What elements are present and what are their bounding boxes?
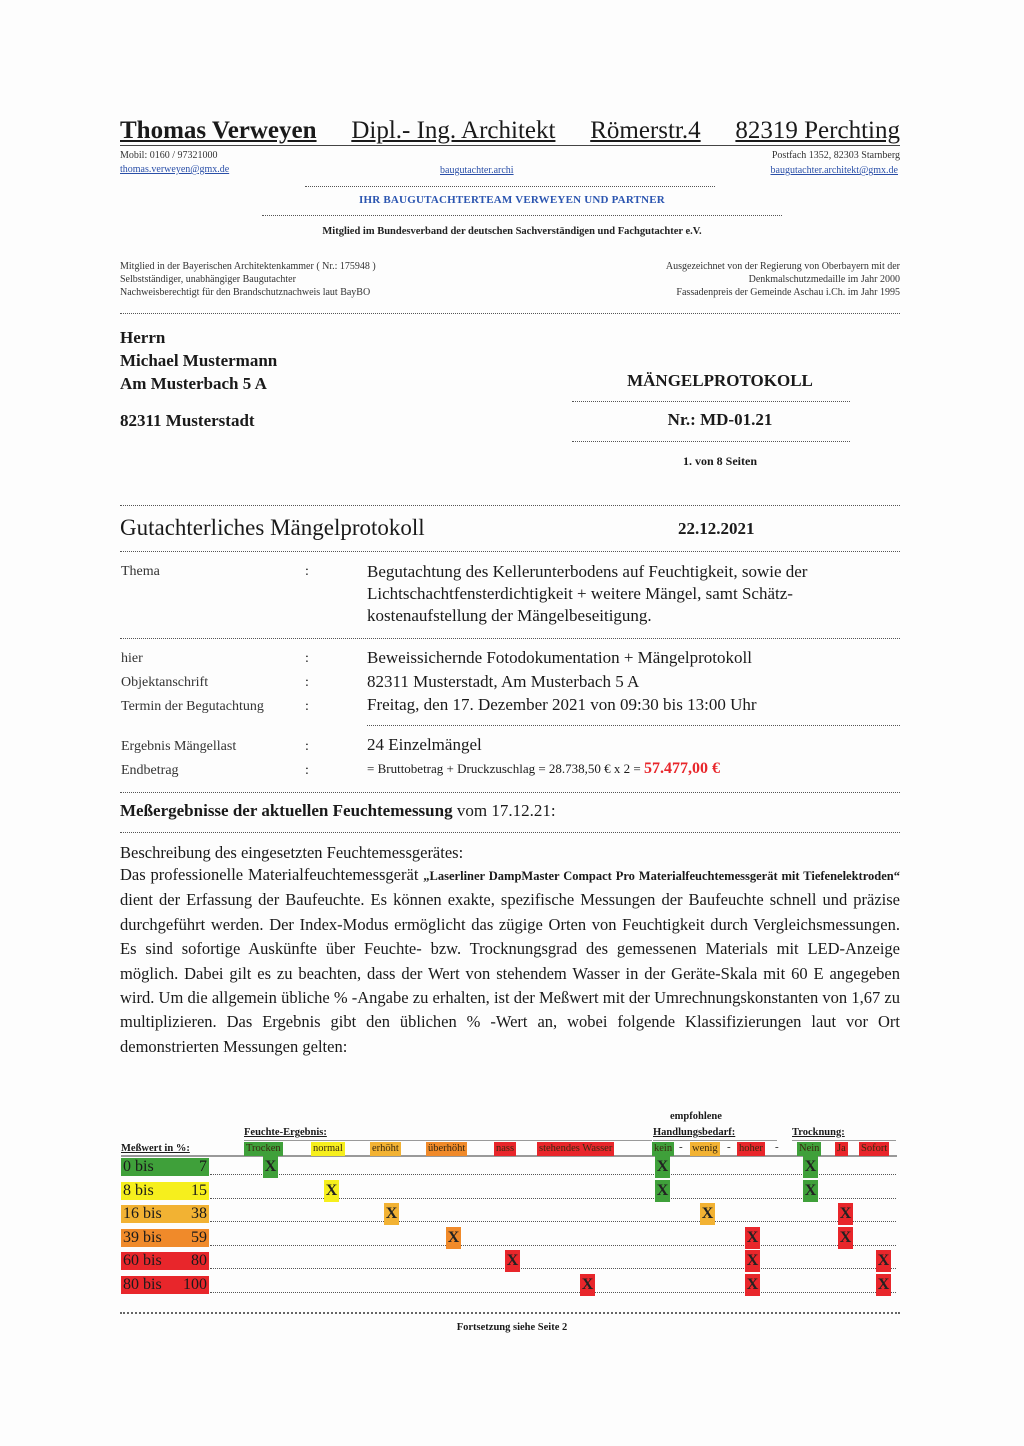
team-heading: IHR BAUGUTACHTERTEAM VERWEYEN UND PARTNE… bbox=[0, 194, 1024, 206]
chip-ja: Ja bbox=[835, 1142, 848, 1156]
recipient-name: Michael Mustermann bbox=[120, 349, 277, 372]
thema-value: Begutachtung des Kellerunterbodens auf F… bbox=[367, 561, 907, 627]
divider bbox=[572, 441, 850, 442]
row-leader-line bbox=[210, 1292, 896, 1293]
report-date: 22.12.2021 bbox=[678, 519, 755, 539]
ergebnis-label: Ergebnis Mängellast bbox=[121, 739, 236, 755]
measured-value-label: Meßwert in %: bbox=[121, 1143, 190, 1154]
row-leader-line bbox=[210, 1268, 896, 1269]
colon: : bbox=[305, 699, 309, 715]
trocknung-mark: X bbox=[876, 1250, 891, 1272]
chip-sofort: Sofort bbox=[859, 1142, 889, 1156]
feuchte-mark: X bbox=[263, 1156, 278, 1178]
objekt-label: Objektanschrift bbox=[121, 675, 208, 691]
report-heading: Gutachterliches Mängelprotokoll bbox=[120, 515, 425, 541]
thema-line: Begutachtung des Kellerunterbodens auf F… bbox=[367, 561, 907, 583]
group-handlung-label-2: Handlungsbedarf: bbox=[653, 1127, 735, 1138]
endbetrag-label: Endbetrag bbox=[121, 763, 179, 779]
divider bbox=[572, 401, 850, 402]
range-label: 80 bis100 bbox=[121, 1276, 209, 1294]
colon: : bbox=[305, 763, 309, 779]
chip-kein: kein bbox=[652, 1142, 674, 1156]
email-link-left[interactable]: thomas.verweyen@gmx.de bbox=[120, 163, 229, 176]
range-label: 60 bis80 bbox=[121, 1252, 209, 1270]
hier-label: hier bbox=[121, 651, 143, 667]
chip-normal: normal bbox=[311, 1142, 345, 1156]
row-leader-line bbox=[210, 1221, 896, 1222]
range-from: 16 bis bbox=[123, 1205, 162, 1223]
range-label: 0 bis7 bbox=[121, 1158, 209, 1176]
measurement-heading-date: vom 17.12.21: bbox=[453, 801, 556, 820]
objekt-value: 82311 Musterstadt, Am Musterbach 5 A bbox=[367, 671, 639, 693]
award-line: Fassadenpreis der Gemeinde Aschau i.Ch. … bbox=[666, 286, 900, 299]
row-leader-line bbox=[210, 1245, 896, 1246]
handlung-mark: X bbox=[700, 1203, 715, 1225]
chip-wenig: wenig bbox=[690, 1142, 720, 1156]
device-description-heading: Beschreibung des eingesetzten Feuchtemes… bbox=[120, 843, 463, 863]
thema-line: kostenaufstellung der Mängelbeseitigung. bbox=[367, 605, 907, 627]
hier-value: Beweissichernde Fotodokumentation + Mäng… bbox=[367, 647, 752, 669]
range-label: 8 bis15 bbox=[121, 1182, 209, 1200]
description-body: dient der Erfassung der Baufeuchte. Es k… bbox=[120, 890, 900, 1055]
divider bbox=[120, 551, 900, 552]
membership-line: Mitglied im Bundesverband der deutschen … bbox=[0, 225, 1024, 238]
chip-hoher: hoher bbox=[737, 1142, 765, 1156]
feuchte-mark: X bbox=[505, 1250, 520, 1272]
recipient-address: Herrn Michael Mustermann Am Musterbach 5… bbox=[120, 326, 277, 432]
trocknung-mark: X bbox=[803, 1180, 818, 1202]
chip-stehendes-wasser: stehendes Wasser bbox=[537, 1142, 614, 1156]
group-feuchte-label: Feuchte-Ergebnis: bbox=[244, 1127, 327, 1138]
range-to: 7 bbox=[199, 1158, 207, 1176]
letterhead-title: Thomas Verweyen Dipl.- Ing. Architekt Rö… bbox=[120, 117, 900, 146]
chip-ueberhoeht: überhöht bbox=[426, 1142, 467, 1156]
group-handlung-label-1: empfohlene bbox=[670, 1111, 722, 1122]
trocknung-mark: X bbox=[838, 1203, 853, 1225]
device-name: „Laserliner DampMaster Compact Pro Mater… bbox=[423, 869, 900, 883]
chip-nass: nass bbox=[494, 1142, 516, 1156]
divider bbox=[120, 505, 900, 506]
divider bbox=[305, 186, 715, 187]
group-rule bbox=[653, 1140, 777, 1141]
document-page: Thomas Verweyen Dipl.- Ing. Architekt Rö… bbox=[0, 0, 1024, 1446]
colon: : bbox=[305, 739, 309, 755]
thema-line: Lichtschachtfensterdichtigkeit + weitere… bbox=[367, 583, 907, 605]
range-to: 59 bbox=[191, 1229, 207, 1247]
colon: : bbox=[305, 675, 309, 691]
trocknung-mark: X bbox=[876, 1274, 891, 1296]
range-from: 39 bis bbox=[123, 1229, 162, 1247]
endbetrag-value: = Bruttobetrag + Druckzuschlag = 28.738,… bbox=[367, 760, 720, 778]
postbox: Postfach 1352, 82303 Starnberg bbox=[772, 149, 900, 162]
divider bbox=[120, 832, 900, 833]
architect-name: Thomas Verweyen bbox=[120, 117, 317, 145]
chip-nein: Nein bbox=[797, 1142, 821, 1156]
device-description: Das professionelle Materialfeuchtemessge… bbox=[120, 863, 900, 1059]
mobile-number: Mobil: 0160 / 97321000 bbox=[120, 149, 218, 162]
divider bbox=[120, 792, 900, 793]
endbetrag-total: 57.477,00 € bbox=[644, 760, 720, 777]
measurement-heading-bold: Meßergebnisse der aktuellen Feuchtemessu… bbox=[120, 801, 453, 820]
handlung-mark: X bbox=[655, 1180, 670, 1202]
trocknung-mark: X bbox=[803, 1156, 818, 1178]
range-from: 8 bis bbox=[123, 1182, 154, 1200]
endbetrag-formula: = Bruttobetrag + Druckzuschlag = 28.738,… bbox=[367, 761, 644, 776]
range-label: 16 bis38 bbox=[121, 1205, 209, 1223]
divider bbox=[120, 1312, 900, 1314]
trocknung-mark: X bbox=[838, 1227, 853, 1249]
right-awards: Ausgezeichnet von der Regierung von Ober… bbox=[666, 260, 900, 299]
feuchte-mark: X bbox=[384, 1203, 399, 1225]
handlung-mark: X bbox=[745, 1274, 760, 1296]
colon: : bbox=[305, 651, 309, 667]
group-rule bbox=[792, 1140, 896, 1141]
feuchte-mark: X bbox=[446, 1227, 461, 1249]
divider bbox=[367, 725, 900, 726]
group-trocknung-label: Trocknung: bbox=[792, 1127, 845, 1138]
range-from: 80 bis bbox=[123, 1276, 162, 1294]
protocol-title: MÄNGELPROTOKOLL bbox=[570, 371, 870, 391]
page-count: 1. von 8 Seiten bbox=[570, 454, 870, 469]
range-from: 0 bis bbox=[123, 1158, 154, 1176]
recipient-city: 82311 Musterstadt bbox=[120, 409, 277, 432]
credential-line: Mitglied in der Bayerischen Architektenk… bbox=[120, 260, 376, 273]
award-line: Ausgezeichnet von der Regierung von Ober… bbox=[666, 260, 900, 273]
description-intro: Das professionelle Materialfeuchtemessge… bbox=[120, 865, 423, 884]
architect-city: 82319 Perchting bbox=[735, 117, 900, 145]
separator: - bbox=[727, 1141, 731, 1153]
email-link-right[interactable]: baugutachter.architekt@gmx.de bbox=[771, 164, 899, 177]
website-link[interactable]: baugutachter.archi bbox=[440, 164, 514, 177]
separator: - bbox=[679, 1141, 683, 1153]
thema-label: Thema bbox=[121, 564, 160, 580]
recipient-street: Am Musterbach 5 A bbox=[120, 372, 277, 395]
feuchte-mark: X bbox=[580, 1274, 595, 1296]
left-credentials: Mitglied in der Bayerischen Architektenk… bbox=[120, 260, 376, 299]
divider bbox=[262, 215, 782, 216]
architect-title: Dipl.- Ing. Architekt bbox=[351, 117, 555, 145]
handlung-mark: X bbox=[745, 1227, 760, 1249]
chip-erhoeht: erhöht bbox=[370, 1142, 401, 1156]
row-leader-line bbox=[210, 1198, 896, 1199]
divider bbox=[120, 313, 900, 314]
award-line: Denkmalschutzmedaille im Jahr 2000 bbox=[666, 273, 900, 286]
handlung-mark: X bbox=[745, 1250, 760, 1272]
row-leader-line bbox=[210, 1174, 896, 1175]
architect-street: Römerstr.4 bbox=[590, 117, 700, 145]
recipient-salutation: Herrn bbox=[120, 326, 277, 349]
feuchte-mark: X bbox=[324, 1180, 339, 1202]
termin-label: Termin der Begutachtung bbox=[121, 699, 264, 715]
measurement-heading: Meßergebnisse der aktuellen Feuchtemessu… bbox=[120, 801, 556, 821]
handlung-mark: X bbox=[655, 1156, 670, 1178]
range-to: 80 bbox=[191, 1252, 207, 1270]
continuation-note: Fortsetzung siehe Seite 2 bbox=[0, 1322, 1024, 1333]
termin-value: Freitag, den 17. Dezember 2021 von 09:30… bbox=[367, 694, 757, 716]
range-label: 39 bis59 bbox=[121, 1229, 209, 1247]
separator: - bbox=[775, 1141, 779, 1153]
group-rule bbox=[244, 1140, 652, 1141]
chip-trocken: Trocken bbox=[244, 1142, 283, 1156]
range-to: 100 bbox=[183, 1276, 207, 1294]
divider bbox=[120, 638, 900, 639]
ergebnis-value: 24 Einzelmängel bbox=[367, 734, 482, 756]
range-to: 38 bbox=[191, 1205, 207, 1223]
protocol-number: Nr.: MD-01.21 bbox=[570, 410, 870, 430]
credential-line: Nachweisberechtigt für den Brandschutzna… bbox=[120, 286, 376, 299]
range-from: 60 bis bbox=[123, 1252, 162, 1270]
range-to: 15 bbox=[191, 1182, 207, 1200]
credential-line: Selbstständiger, unabhängiger Baugutacht… bbox=[120, 273, 376, 286]
colon: : bbox=[305, 564, 309, 580]
